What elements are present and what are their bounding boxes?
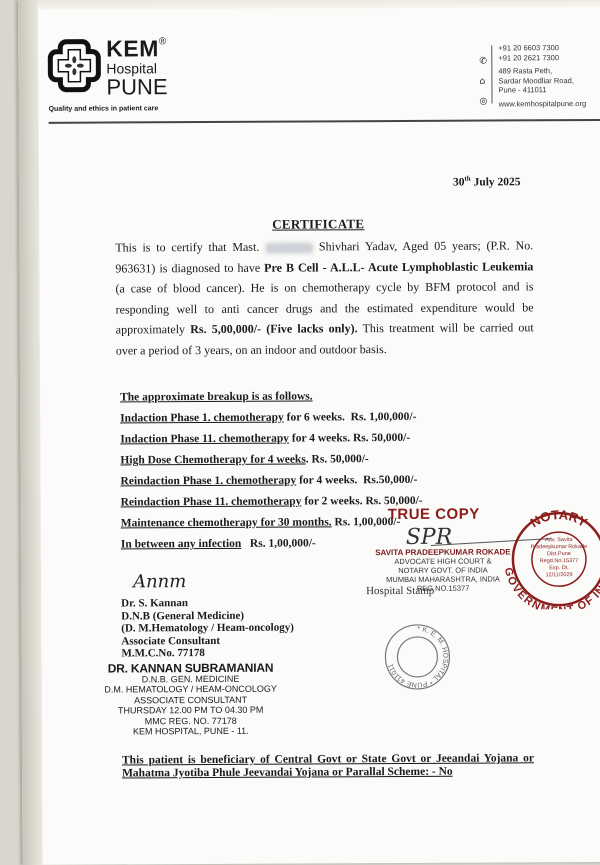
address-line-2: Sardar Moodliar Road, xyxy=(498,76,586,86)
breakup-row: High Dose Chemotherapy for 4 weeks. Rs. … xyxy=(120,449,422,472)
home-icon: ⌂ xyxy=(479,72,487,92)
contact-divider xyxy=(491,46,492,104)
doctor-stamp: DR. KANNAN SUBRAMANIAN D.N.B. GEN. MEDIC… xyxy=(85,663,295,738)
phone-2: +91 20 2621 7300 xyxy=(498,53,586,63)
paper-top-edge xyxy=(18,0,600,10)
hospital-brand: KEM® Hospital PUNE xyxy=(106,37,167,98)
website-link[interactable]: www.kemhospitalpune.org xyxy=(499,99,587,109)
cost-breakup: The approximate breakup is as follows. I… xyxy=(120,386,423,556)
registered-mark: ® xyxy=(159,36,167,47)
breakup-row: Reindaction Phase 1. chemotherapy for 4 … xyxy=(120,470,422,493)
kem-logo-icon xyxy=(46,38,102,94)
globe-icon: ◎ xyxy=(479,92,487,112)
breakup-heading: The approximate breakup is as follows. xyxy=(120,386,422,409)
header-divider xyxy=(49,119,600,124)
contact-details: +91 20 6603 7300 +91 20 2621 7300 489 Ra… xyxy=(498,43,586,108)
certificate-date: 30th July 2025 xyxy=(453,174,521,188)
svg-text:Dist.Pune: Dist.Pune xyxy=(547,551,571,557)
svg-text:Regd.No.15377: Regd.No.15377 xyxy=(540,558,579,564)
svg-text:12/11/2029: 12/11/2029 xyxy=(545,572,572,578)
doctor-details: Dr. S. Kannan D.N.B (General Medicine) (… xyxy=(121,597,294,660)
paper-left-edge xyxy=(18,0,43,865)
contact-icons: ✆ ⌂ ◎ xyxy=(479,52,487,112)
breakup-row: Reindaction Phase 11. chemotherapy for 2… xyxy=(121,491,423,514)
beneficiary-note: This patient is beneficiary of Central G… xyxy=(122,752,534,779)
notary-seal-icon: NOTARY GOVERNMENT OF INDIA Adv. SavitaPr… xyxy=(497,509,600,610)
svg-text:Adv. Savita: Adv. Savita xyxy=(545,537,573,543)
brand-city: PUNE xyxy=(106,76,167,98)
breakup-row: Maintenance chemotherapy for 30 months. … xyxy=(121,512,423,535)
breakup-row: Indaction Phase 11. chemotherapy for 4 w… xyxy=(120,428,422,451)
diagnosis: Pre B Cell - A.L.L- Acute Lymphoblastic … xyxy=(264,259,533,274)
estimated-amount: Rs. 5,00,000/- (Five lacks only). xyxy=(190,321,357,336)
address-line-3: Pune - 411011 xyxy=(498,85,586,95)
phone-icon: ✆ xyxy=(479,52,487,72)
certificate-page: KEM® Hospital PUNE Quality and ethics in… xyxy=(18,0,600,865)
svg-text:* K. E. M. HOSPITAL * PUNE 411: * K. E. M. HOSPITAL * PUNE 411011 xyxy=(387,626,449,688)
phone-1: +91 20 6603 7300 xyxy=(498,43,586,53)
true-copy-stamp: TRUE COPY xyxy=(388,506,480,523)
doctor-signature: Annm xyxy=(133,571,186,592)
address-line-1: 489 Rasta Peth, xyxy=(498,66,586,76)
notary-signature: SPR xyxy=(406,525,453,550)
redacted-name xyxy=(265,242,313,253)
certificate-title: CERTIFICATE xyxy=(272,216,364,232)
tagline: Quality and ethics in patient care xyxy=(49,105,159,113)
brand-name: KEM xyxy=(106,35,159,61)
breakup-row: Indaction Phase 1. chemotherapy for 6 we… xyxy=(120,407,422,430)
svg-text:Pradeepkumar Rokade: Pradeepkumar Rokade xyxy=(531,544,588,550)
svg-text:Exp. Dt.: Exp. Dt. xyxy=(549,565,569,571)
hospital-stamp-label: Hospital Stamp xyxy=(366,585,434,597)
kem-hospital-seal-icon: * K. E. M. HOSPITAL * PUNE 411011 xyxy=(383,623,451,691)
certificate-body: This is to certify that Mast. Shivhari Y… xyxy=(115,235,534,360)
